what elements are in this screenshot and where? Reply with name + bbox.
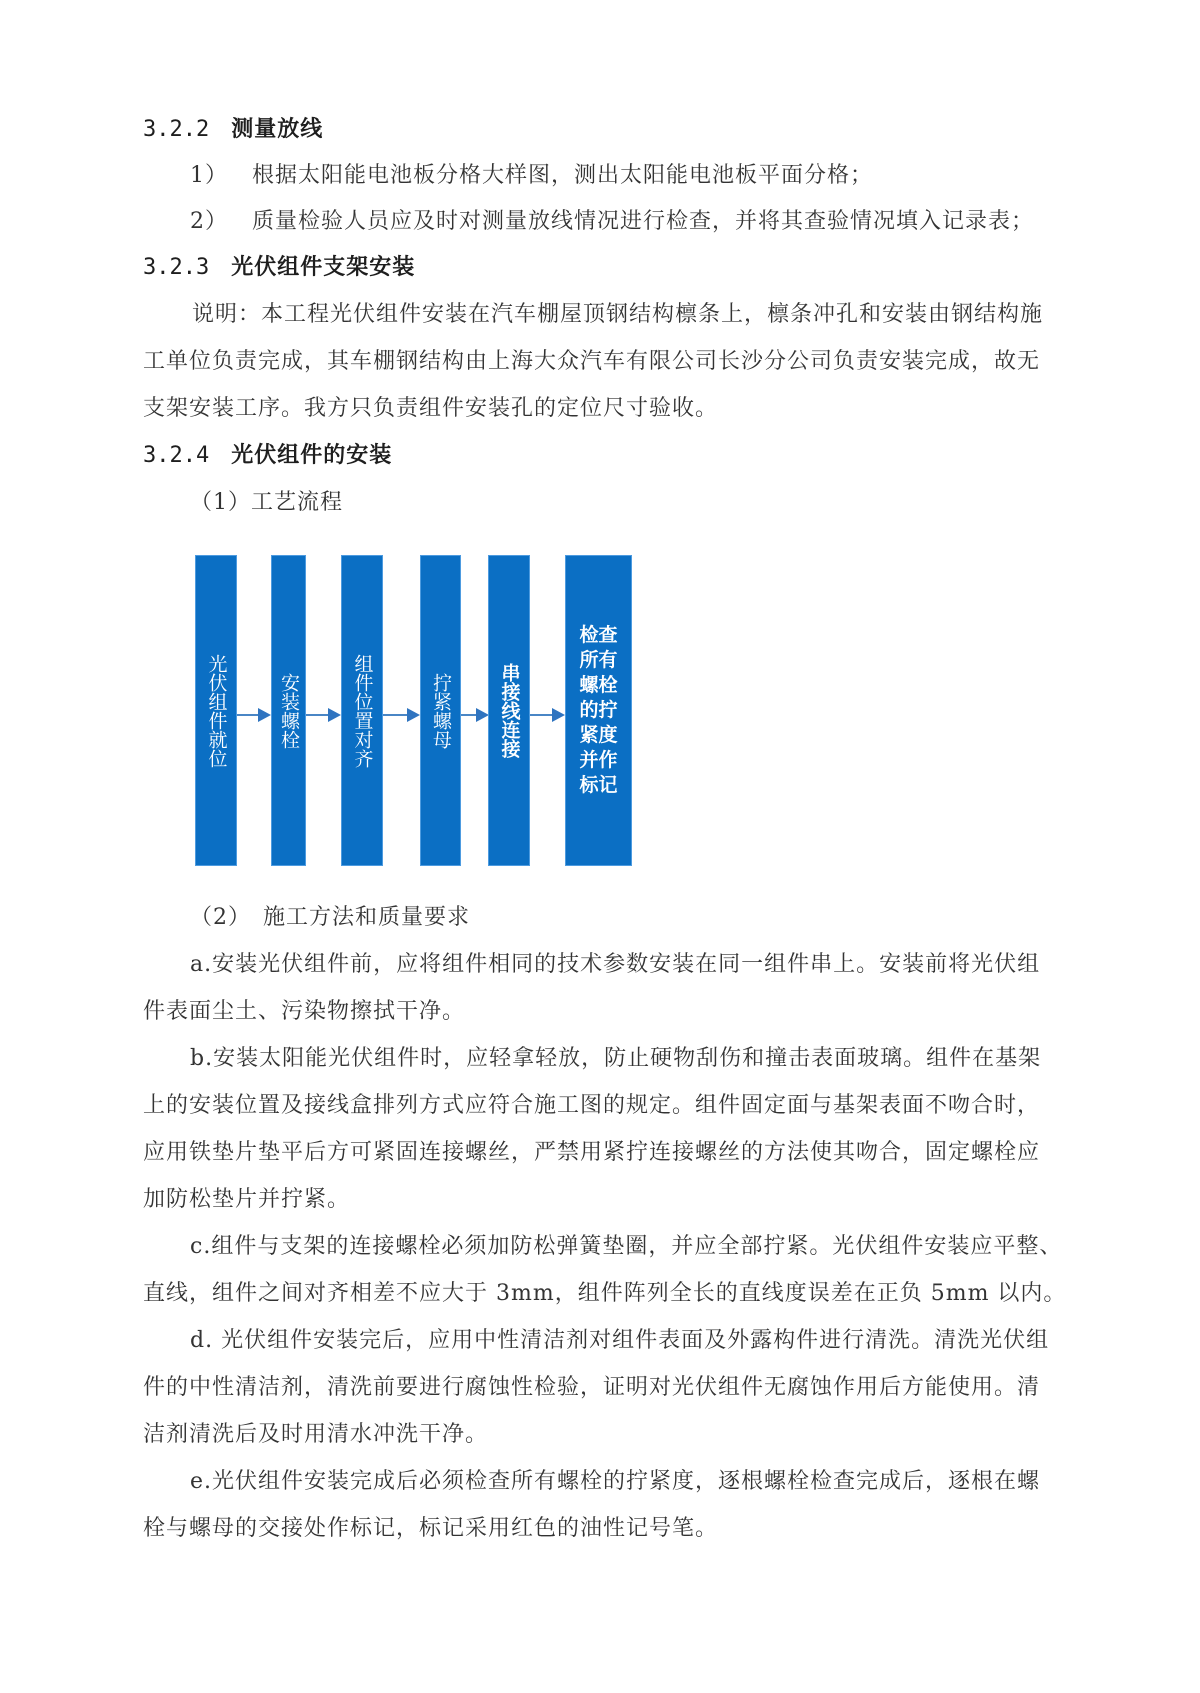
subheading-methods: （2） 施工方法和质量要求 bbox=[190, 903, 470, 933]
flow-step-4: 拧紧螺母 bbox=[420, 555, 461, 866]
heading-title: 光伏组件的安装 bbox=[231, 443, 392, 468]
list-marker: 2） bbox=[190, 207, 252, 237]
flow-step-6: 检查所有螺栓的拧紧度并作标记 bbox=[565, 555, 632, 866]
heading-3-2-2: 3.2.2测量放线 bbox=[143, 115, 323, 145]
heading-title: 光伏组件支架安装 bbox=[231, 255, 415, 280]
paragraph-b-line: 应用铁垫片垫平后方可紧固连接螺丝，严禁用紧拧连接螺丝的方法使其吻合，固定螺栓应 bbox=[143, 1138, 1040, 1168]
paragraph-b-line: b.安装太阳能光伏组件时，应轻拿轻放，防止硬物刮伤和撞击表面玻璃。组件在基架 bbox=[190, 1044, 1041, 1074]
arrow-icon bbox=[530, 708, 565, 722]
arrow-icon bbox=[461, 708, 488, 722]
arrow-icon bbox=[383, 708, 420, 722]
flow-step-label: 安装螺栓 bbox=[276, 673, 301, 749]
paragraph-line: 支架安装工序。我方只负责组件安装孔的定位尺寸验收。 bbox=[143, 394, 718, 424]
paragraph-c-line: c.组件与支架的连接螺栓必须加防松弹簧垫圈，并应全部拧紧。光伏组件安装应平整、 bbox=[190, 1232, 1062, 1262]
heading-3-2-4: 3.2.4光伏组件的安装 bbox=[143, 441, 392, 471]
paragraph-c-line: 直线，组件之间对齐相差不应大于 3mm，组件阵列全长的直线度误差在正负 5mm … bbox=[143, 1279, 1066, 1309]
paragraph-a-line: a.安装光伏组件前，应将组件相同的技术参数安装在同一组件串上。安装前将光伏组 bbox=[190, 950, 1040, 980]
flow-step-label: 拧紧螺母 bbox=[428, 673, 453, 749]
flow-step-label: 组件位置对齐 bbox=[350, 654, 375, 768]
paragraph-a-line: 件表面尘土、污染物擦拭干净。 bbox=[143, 997, 465, 1027]
heading-3-2-3: 3.2.3光伏组件支架安装 bbox=[143, 253, 415, 283]
flow-step-2: 安装螺栓 bbox=[271, 555, 306, 866]
flow-step-label: 检查所有螺栓的拧紧度并作标记 bbox=[577, 623, 621, 798]
flow-step-label: 串接线连接 bbox=[497, 663, 522, 758]
paragraph-d-line: d. 光伏组件安装完后，应用中性清洁剂对组件表面及外露构件进行清洗。清洗光伏组 bbox=[190, 1326, 1049, 1356]
paragraph-d-line: 件的中性清洁剂，清洗前要进行腐蚀性检验，证明对光伏组件无腐蚀作用后方能使用。清 bbox=[143, 1373, 1040, 1403]
list-item: 2）质量检验人员应及时对测量放线情况进行检查，并将其查验情况填入记录表； bbox=[190, 207, 1034, 237]
paragraph-d-line: 洁剂清洗后及时用清水冲洗干净。 bbox=[143, 1420, 488, 1450]
subheading-process-flow: （1）工艺流程 bbox=[190, 488, 343, 518]
list-text: 根据太阳能电池板分格大样图，测出太阳能电池板平面分格； bbox=[252, 163, 873, 188]
flow-step-5: 串接线连接 bbox=[488, 555, 530, 866]
paragraph-e-line: 栓与螺母的交接处作标记，标记采用红色的油性记号笔。 bbox=[143, 1514, 718, 1544]
list-text: 质量检验人员应及时对测量放线情况进行检查，并将其查验情况填入记录表； bbox=[252, 209, 1034, 234]
flow-step-1: 光伏组件就位 bbox=[195, 555, 237, 866]
heading-number: 3.2.3 bbox=[143, 255, 209, 280]
list-marker: 1） bbox=[190, 161, 252, 191]
heading-number: 3.2.2 bbox=[143, 117, 209, 142]
flow-step-label: 光伏组件就位 bbox=[204, 654, 229, 768]
list-item: 1）根据太阳能电池板分格大样图，测出太阳能电池板平面分格； bbox=[190, 161, 873, 191]
heading-title: 测量放线 bbox=[231, 117, 323, 142]
paragraph-b-line: 上的安装位置及接线盒排列方式应符合施工图的规定。组件固定面与基架表面不吻合时， bbox=[143, 1091, 1040, 1121]
flow-step-3: 组件位置对齐 bbox=[341, 555, 383, 866]
heading-number: 3.2.4 bbox=[143, 443, 209, 468]
arrow-icon bbox=[237, 708, 271, 722]
paragraph-e-line: e.光伏组件安装完成后必须检查所有螺栓的拧紧度，逐根螺栓检查完成后，逐根在螺 bbox=[190, 1467, 1040, 1497]
arrow-icon bbox=[306, 708, 341, 722]
paragraph-line: 说明：本工程光伏组件安装在汽车棚屋顶钢结构檩条上，檩条冲孔和安装由钢结构施 bbox=[192, 300, 1043, 330]
paragraph-b-line: 加防松垫片并拧紧。 bbox=[143, 1185, 350, 1215]
paragraph-line: 工单位负责完成，其车棚钢结构由上海大众汽车有限公司长沙分公司负责安装完成，故无 bbox=[143, 347, 1040, 377]
